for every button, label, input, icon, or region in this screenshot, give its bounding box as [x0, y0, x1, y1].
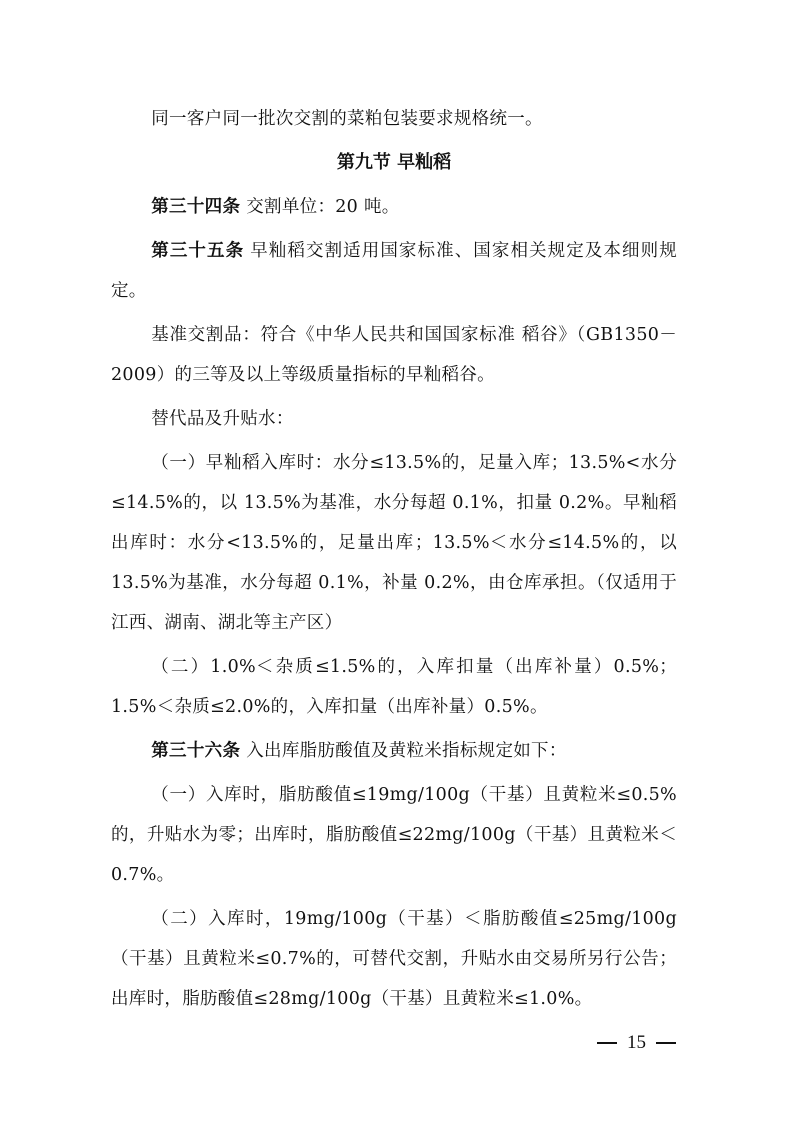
substitute-rule-1: （一）早籼稻入库时：水分≤13.5%的，足量入库；13.5%<水分≤14.5%的…	[111, 443, 677, 643]
benchmark-paragraph: 基准交割品：符合《中华人民共和国国家标准 稻谷》（GB1350－2009）的三等…	[111, 315, 677, 395]
section-heading: 第九节 早籼稻	[111, 143, 677, 183]
article-34-label: 第三十四条	[151, 197, 240, 217]
opening-line: 同一客户同一批次交割的菜粕包装要求规格统一。	[111, 99, 677, 139]
article-36-label: 第三十六条	[151, 741, 240, 761]
article-34: 第三十四条交割单位：20 吨。	[111, 187, 677, 227]
article-34-text: 交割单位：20 吨。	[246, 197, 399, 217]
substitute-rule-2: （二）1.0%＜杂质≤1.5%的，入库扣量（出库补量）0.5%；1.5%＜杂质≤…	[111, 647, 677, 727]
page-number-dash-left	[597, 1042, 617, 1044]
article-36: 第三十六条入出库脂肪酸值及黄粒米指标规定如下：	[111, 731, 677, 771]
substitutes-heading: 替代品及升贴水：	[111, 399, 677, 439]
fatty-acid-rule-1: （一）入库时，脂肪酸值≤19mg/100g（干基）且黄粒米≤0.5%的，升贴水为…	[111, 775, 677, 895]
page-number-value: 15	[627, 1032, 646, 1054]
page-number: 15	[597, 1032, 676, 1054]
article-36-text: 入出库脂肪酸值及黄粒米指标规定如下：	[246, 741, 566, 761]
page-number-dash-right	[656, 1042, 676, 1044]
article-35-label: 第三十五条	[151, 241, 244, 261]
article-35: 第三十五条早籼稻交割适用国家标准、国家相关规定及本细则规定。	[111, 231, 677, 311]
fatty-acid-rule-2: （二）入库时，19mg/100g（干基）＜脂肪酸值≤25mg/100g（干基）且…	[111, 899, 677, 1019]
document-page: 同一客户同一批次交割的菜粕包装要求规格统一。 第九节 早籼稻 第三十四条交割单位…	[111, 99, 677, 1023]
